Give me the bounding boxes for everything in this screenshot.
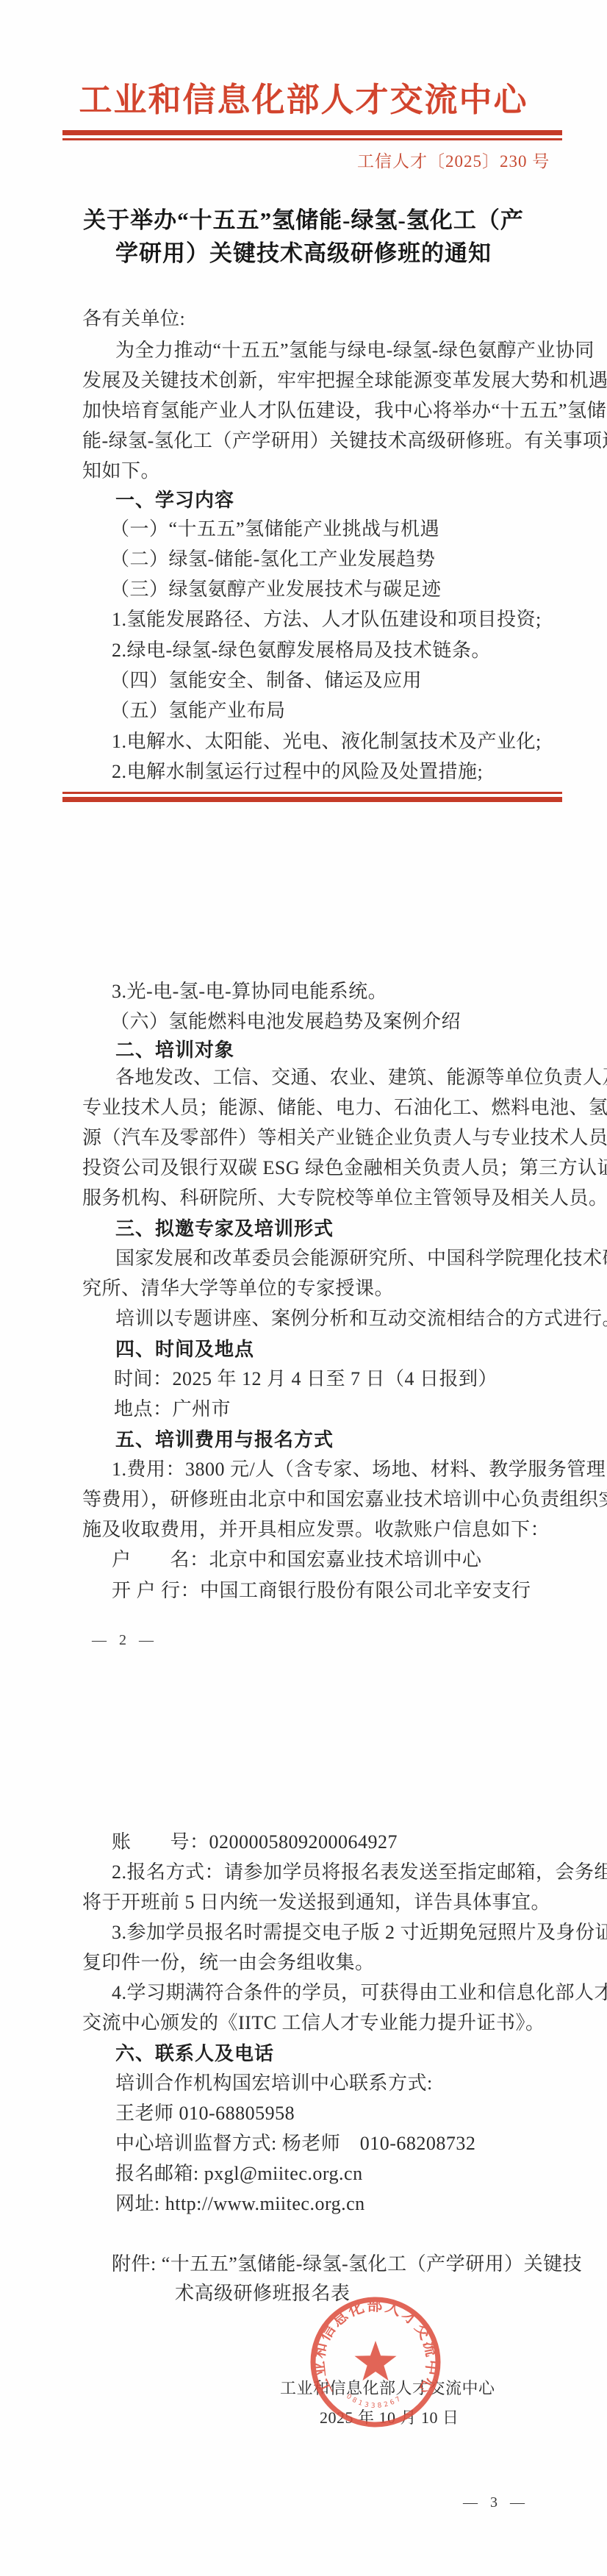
intro-line-5: 知如下。 bbox=[82, 461, 160, 482]
section-5-cert-line-2: 交流中心颁发的《IITC 工信人才专业能力提升证书》。 bbox=[82, 2013, 545, 2034]
section-1-item-4: （四）氢能安全、制备、储运及应用 bbox=[110, 670, 422, 692]
section-1-item-3: （三）绿氢氨醇产业发展技术与碳足迹 bbox=[110, 579, 442, 601]
document-number: 工信人才〔2025〕230 号 bbox=[357, 152, 550, 171]
contact-coop-line: 培训合作机构国宏培训中心联系方式: bbox=[115, 2073, 433, 2094]
section-2-line-3: 源（汽车及零部件）等相关产业链企业负责人与专业技术人员； bbox=[82, 1128, 607, 1149]
section-2-heading: 二、培训对象 bbox=[115, 1040, 234, 1061]
contact-teacher-wang: 王老师 010-68805958 bbox=[115, 2103, 295, 2125]
contact-website-line: 网址: http://www.miitec.org.cn bbox=[115, 2194, 365, 2215]
section-1-item-6: （六）氢能燃料电池发展趋势及案例介绍 bbox=[110, 1012, 461, 1033]
letterhead-rule-thick bbox=[62, 130, 562, 135]
section-1-item-5-sub-3: 3.光-电-氢-电-算协同电能系统。 bbox=[112, 981, 387, 1003]
section-1-item-2: （二）绿氢-储能-氢化工产业发展趋势 bbox=[110, 549, 435, 570]
letterhead-rule-thin bbox=[62, 138, 562, 140]
section-3-line-2: 究所、清华大学等单位的专家授课。 bbox=[82, 1278, 394, 1300]
account-name-line: 户 名：北京中和国宏嘉业技术培训中心 bbox=[112, 1550, 482, 1571]
section-1-item-3-sub-2: 2.绿电-绿氢-绿色氨醇发展格局及技术链条。 bbox=[112, 640, 491, 662]
intro-line-1: 为全力推动“十五五”氢能与绿电-绿氢-绿色氨醇产业协同 bbox=[115, 340, 595, 362]
section-4-location: 地点：广州市 bbox=[114, 1399, 231, 1420]
section-2-line-1: 各地发改、工信、交通、农业、建筑、能源等单位负责人及 bbox=[115, 1067, 607, 1089]
intro-line-4: 能-绿氢-氢化工（产学研用）关键技术高级研修班。有关事项通 bbox=[82, 431, 607, 452]
section-6-heading: 六、联系人及电话 bbox=[115, 2043, 274, 2064]
section-2-line-2: 专业技术人员；能源、储能、电力、石油化工、燃料电池、氢能 bbox=[82, 1098, 607, 1119]
section-4-heading: 四、时间及地点 bbox=[115, 1339, 254, 1360]
section-2-line-4: 投资公司及银行双碳 ESG 绿色金融相关负责人员；第三方认证 bbox=[82, 1158, 607, 1179]
page-number-3: — 3 — bbox=[463, 2494, 529, 2511]
document-title-line-2: 学研用）关键技术高级研修班的通知 bbox=[0, 241, 607, 266]
section-5-fee-line-2: 等费用），研修班由北京中和国宏嘉业技术培训中心负责组织实 bbox=[82, 1489, 607, 1511]
section-5-cert-line-1: 4.学习期满符合条件的学员，可获得由工业和信息化部人才 bbox=[112, 1983, 607, 2004]
section-1-item-5-sub-1: 1.电解水、太阳能、光电、液化制氢技术及产业化; bbox=[112, 731, 542, 753]
page-1-bottom-rule-thick bbox=[62, 797, 562, 802]
section-5-photo-line-1: 3.参加学员报名时需提交电子版 2 寸近期免冠照片及身份证 bbox=[112, 1922, 607, 1944]
section-5-fee-line-3: 施及收取费用，并开具相应发票。收款账户信息如下： bbox=[82, 1520, 550, 1541]
letterhead-org-name: 工业和信息化部人才交流中心 bbox=[0, 82, 607, 119]
page-1-bottom-rule-thin bbox=[62, 792, 562, 794]
section-1-heading: 一、学习内容 bbox=[115, 490, 234, 511]
page-number-2: — 2 — bbox=[92, 1632, 158, 1648]
seal-star bbox=[355, 2341, 397, 2380]
contact-supervision-line: 中心培训监督方式: 杨老师 010-68208732 bbox=[115, 2133, 475, 2155]
contact-email-line: 报名邮箱: pxgl@miitec.org.cn bbox=[115, 2164, 363, 2185]
section-2-line-5: 服务机构、科研院所、大专院校等单位主管领导及相关人员。 bbox=[82, 1188, 607, 1209]
section-4-time: 时间：2025 年 12 月 4 日至 7 日（4 日报到） bbox=[114, 1369, 498, 1390]
section-3-heading: 三、拟邀专家及培训形式 bbox=[115, 1218, 334, 1239]
official-seal-graphic: 工业和信息化部人才交流中心 081338267 bbox=[307, 2294, 444, 2430]
section-3-line-1: 国家发展和改革委员会能源研究所、中国科学院理化技术研 bbox=[115, 1248, 607, 1270]
document-title-line-1: 关于举办“十五五”氢储能-绿氢-氢化工（产 bbox=[0, 208, 607, 233]
attachment-line-1: 附件: “十五五”氢储能-绿氢-氢化工（产学研用）关键技 bbox=[112, 2254, 582, 2275]
section-1-item-5-sub-2: 2.电解水制氢运行过程中的风险及处置措施; bbox=[112, 762, 483, 783]
intro-line-2: 发展及关键技术创新，牢牢把握全球能源变革发展大势和机遇， bbox=[82, 371, 607, 392]
seal-number: 081338267 bbox=[345, 2393, 404, 2410]
account-number-line: 账 号：0200005809200064927 bbox=[112, 1832, 398, 1853]
document-page: 工业和信息化部人才交流中心 工信人才〔2025〕230 号 关于举办“十五五”氢… bbox=[0, 0, 607, 2576]
section-3-line-3: 培训以专题讲座、案例分析和互动交流相结合的方式进行。 bbox=[115, 1309, 607, 1330]
section-5-heading: 五、培训费用与报名方式 bbox=[115, 1429, 334, 1450]
section-5-fee-line-1: 1.费用：3800 元/人（含专家、场地、材料、教学服务管理 bbox=[112, 1459, 606, 1481]
intro-line-3: 加快培育氢能产业人才队伍建设，我中心将举办“十五五”氢储 bbox=[82, 401, 606, 422]
section-5-reg-line-2: 将于开班前 5 日内统一发送报到通知，详告具体事宜。 bbox=[82, 1892, 550, 1914]
official-seal: 工业和信息化部人才交流中心 081338267 bbox=[307, 2294, 444, 2430]
section-1-item-1: （一）“十五五”氢储能产业挑战与机遇 bbox=[110, 519, 439, 540]
section-1-item-5: （五）氢能产业布局 bbox=[110, 701, 286, 722]
svg-text:081338267: 081338267 bbox=[345, 2393, 404, 2410]
section-1-item-3-sub-1: 1.氢能发展路径、方法、人才队伍建设和项目投资; bbox=[112, 609, 542, 631]
salutation: 各有关单位: bbox=[82, 309, 185, 330]
section-5-photo-line-2: 复印件一份，统一由会务组收集。 bbox=[82, 1953, 375, 1974]
bank-line: 开 户 行：中国工商银行股份有限公司北辛安支行 bbox=[112, 1581, 531, 1602]
section-5-reg-line-1: 2.报名方式：请参加学员将报名表发送至指定邮箱，会务组 bbox=[112, 1862, 607, 1883]
